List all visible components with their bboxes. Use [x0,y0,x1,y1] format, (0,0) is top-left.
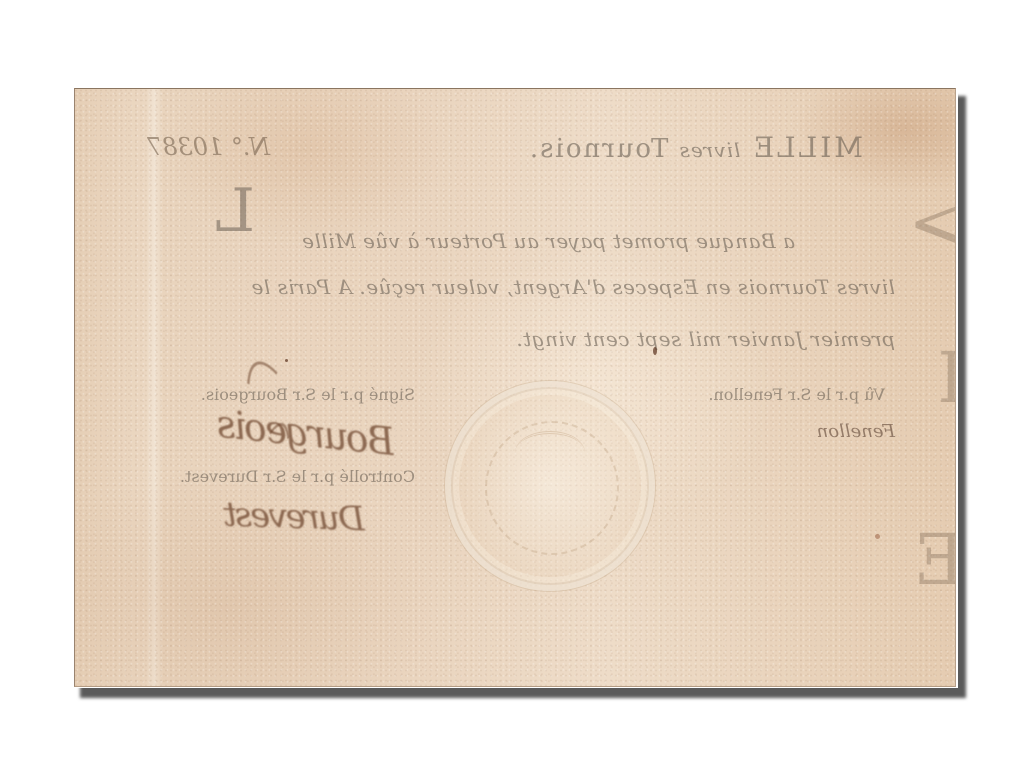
ink-spot [875,534,880,539]
edge-watermark-i: I [937,337,956,419]
attestation-signe: Signé p.r le S.r Bourgeois. [201,385,415,404]
denomination-title: MILLE livres Tournois. [528,131,863,164]
body-line-2: livres Tournois en Especes d'Argent, val… [251,275,895,299]
title-mille: MILLE [751,131,863,164]
edge-watermark-v: V [899,200,956,251]
attestation-vu: Vû p.r le S.r Fenellon. [708,385,885,404]
banknote-paper: MILLE livres Tournois. N.° 10387 L a Ban… [74,88,956,687]
title-tournois: Tournois. [528,134,668,164]
edge-watermark-e: E [914,519,956,601]
image-stage: MILLE livres Tournois. N.° 10387 L a Ban… [0,0,1024,768]
seal-crown-icon [515,431,585,474]
handwritten-mark: Fenellon [817,421,895,442]
ink-spot [653,347,657,355]
body-line-1: a Banque promet payer au Porteur à vûe M… [302,229,795,253]
serial-number: N.° 10387 [147,133,270,161]
initial-letter: L [215,181,255,241]
embossed-seal-icon [445,381,655,591]
body-line-3: premier Janvier mil sept cent vingt. [516,327,895,351]
ink-spot [285,359,288,362]
title-livres: livres [679,138,741,162]
